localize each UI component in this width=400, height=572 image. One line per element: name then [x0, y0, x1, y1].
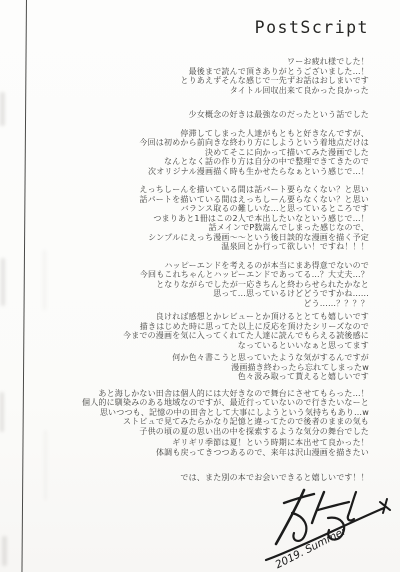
paragraph: ハッピーエンドを考えるのが本当にまあ得意でないので 今回もこれちゃんとハッピーエ… — [40, 261, 369, 309]
text-line: なんとなく話の作り方は自分の中で整理できてきたので — [40, 157, 369, 167]
text-line: 描きはじめた時に思ってた以上に反応を頂けたシリーズなので — [40, 322, 369, 332]
text-line: あと海しかない田舎は個人的には大好きなので舞台にさせてもらった…！ — [40, 389, 369, 399]
text-line: 決めてそこに向かって描いてみた漫画でした — [40, 148, 369, 158]
text-line: 話パートを描いている間はえっちしーん要らなくない？と思い — [40, 195, 369, 205]
text-line: ストビュで見てみたらかなり記憶と違ってたので後者のままの気も — [40, 417, 369, 427]
scan-smudge — [1, 258, 5, 306]
text-line: 停滞してしまった人達がもともと好きなんですが、 — [40, 129, 369, 139]
text-line: 個人的に馴染みのある地域なのですが、最近行っていないので行きたいなーと — [40, 398, 369, 408]
paragraph: えっちしーんを描いている間は話パート要らなくない？と思い 話パートを描いている間… — [40, 185, 369, 252]
text-line: 温泉回とか行って欲しい！ですね！！！ — [40, 242, 369, 252]
paragraph: では、また別の本でお会いできると嬉しいです！！ — [40, 473, 369, 483]
text-line: となりながらでしたが一応きちんと終わらせられたかなと — [40, 280, 369, 290]
page-title: PostScript — [40, 18, 369, 37]
postscript-page: PostScript ワーお疲れ様でした！ 最後まで読んで頂きありがとうございま… — [0, 0, 400, 572]
text-line: なっているといいなぁと思ってます — [40, 341, 369, 351]
paragraph: 何か色々書こうと思っていたような気がするんですが 漫画描き終わったら忘れてしまっ… — [40, 353, 369, 382]
page-content: PostScript ワーお疲れ様でした！ 最後まで読んで頂きありがとうございま… — [40, 0, 369, 483]
text-line: 少女概念の好きは最強なのだったという話でした — [40, 110, 369, 120]
paragraph: 良ければ感想とかレビューとか頂けるととても嬉しいです 描きはじめた時に思ってた以… — [40, 312, 369, 350]
text-line: 良ければ感想とかレビューとか頂けるととても嬉しいです — [40, 312, 369, 322]
text-line: タイトル回収出来て良かった良かった — [40, 86, 369, 96]
text-line: 最後まで読んで頂きありがとうございました…！ — [40, 67, 369, 77]
text-line: バランス取るの難しいな…と思っているところです — [40, 204, 369, 214]
text-line: ワーお疲れ様でした！ — [40, 57, 369, 67]
text-line: 思いつつも、記憶の中の田舎として大事にしようという気持ちもあり…w — [40, 408, 369, 418]
text-line: 子供の頃の夏の思い出の中を探索するような気分の舞台でした — [40, 427, 369, 437]
paragraph: ワーお疲れ様でした！ 最後まで読んで頂きありがとうございました…！ とりあえずそ… — [40, 57, 369, 95]
scan-smudge — [0, 92, 5, 126]
paragraph: 少女概念の好きは最強なのだったという話でした — [40, 110, 369, 120]
text-line: 次オリジナル漫画描く時も生かせたらなぁという感じで…！ — [40, 167, 369, 177]
text-line: ハッピーエンドを考えるのが本当にまあ得意でないので — [40, 261, 369, 271]
text-line: えっちしーんを描いている間は話パート要らなくない？と思い — [40, 185, 369, 195]
text-line: 今回もこれちゃんとハッピーエンドであってる…？大丈夫…？ — [40, 270, 369, 280]
text-line: ギリギリ季節は夏！という時期に本出せて良かった！ — [40, 438, 369, 448]
paragraph: ギリギリ季節は夏！という時期に本出せて良かった！ 体調も戻ってきつつあるので、来… — [40, 438, 369, 457]
text-line: 何か色々書こうと思っていたような気がするんですが — [40, 353, 369, 363]
paragraph: あと海しかない田舎は個人的には大好きなので舞台にさせてもらった…！ 個人的に馴染… — [40, 389, 369, 437]
scan-smudge — [0, 392, 4, 432]
scan-smudge — [2, 536, 7, 566]
text-line: では、また別の本でお会いできると嬉しいです！！ — [40, 473, 369, 483]
paragraph: 停滞してしまった人達がもともと好きなんですが、 今回は初めから前向きな終わり方に… — [40, 129, 369, 177]
text-line: 今回は初めから前向きな終わり方にしようという着地点だけは — [40, 138, 369, 148]
text-line: どう……？？？？ — [40, 299, 369, 309]
afterword-text: ワーお疲れ様でした！ 最後まで読んで頂きありがとうございました…！ とりあえずそ… — [40, 57, 369, 483]
text-line: 今までの漫画を気に入ってくれてた人達に読んでもらえる読後感に — [40, 331, 369, 341]
signature-date: 2019. Summer — [273, 525, 349, 571]
text-line: とりあえずそんな感じで一先ずお話はおしまいです — [40, 76, 369, 86]
text-line: つまりあと1冊はこの2人で本出したいなという感じで…！ — [40, 214, 369, 224]
artist-signature: 2019. Summer — [252, 486, 400, 572]
text-line: 色々汲み取って貰えると嬉しいです — [40, 372, 369, 382]
text-line: 話メインでP数嵩んでしまった感じなので、 — [40, 223, 369, 233]
text-line: 体調も戻ってきつつあるので、来年は沢山漫画を描きたい — [40, 448, 369, 458]
text-line: 漫画描き終わったら忘れてしまったw — [40, 363, 369, 373]
text-line: シンプルにえっち漫画～～という後日談的な漫画を描く予定 — [40, 233, 369, 243]
text-line: 思って…思っているけどどうですかね…… — [40, 289, 369, 299]
page-gutter-line — [21, 0, 27, 572]
